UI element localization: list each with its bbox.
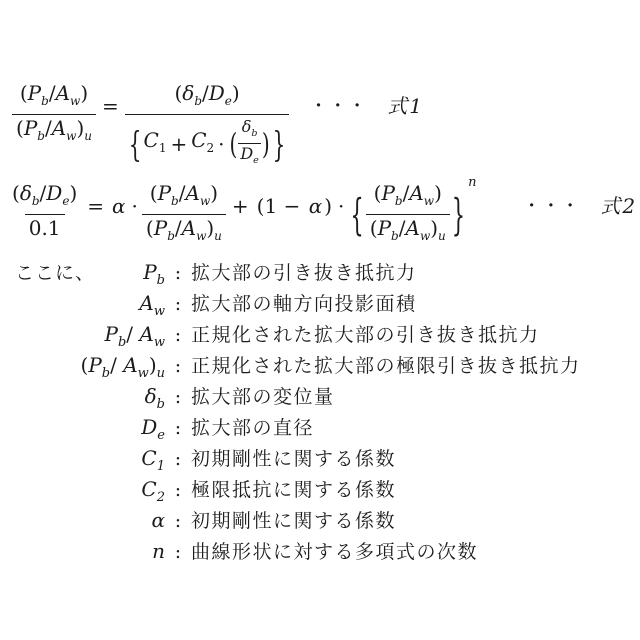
sub-b: b <box>37 129 45 143</box>
description: 拡大部の軸方向投影面積 <box>191 289 417 316</box>
rparen: ) <box>324 194 332 218</box>
colon: : <box>165 479 191 501</box>
denominator: (Pb/Aw)u <box>12 114 96 149</box>
var-A: A <box>185 181 199 205</box>
slash: / <box>110 353 117 377</box>
denominator: 0.1 <box>25 214 65 241</box>
inner-fraction: δb De <box>238 117 261 170</box>
symbol-Pb-over-Aw: Pb/ Aw <box>15 322 165 350</box>
equation-1: (Pb/Aw) (Pb/Aw)u = (δb/De) { C1 + C2 · (… <box>12 80 424 172</box>
plus-operator: + <box>166 131 191 157</box>
eq2-lhs-fraction: (δb/De) 0.1 <box>8 180 81 241</box>
sub-w: w <box>66 129 76 143</box>
slash: / <box>126 322 133 346</box>
sub-b: b <box>32 194 40 208</box>
const-0.1: 0.1 <box>29 216 61 240</box>
definition-row: α : 初期剛性に関する係数 <box>15 506 581 537</box>
var: P <box>143 260 156 284</box>
var-C1: C1 <box>144 127 167 161</box>
var-A: A <box>405 216 419 240</box>
var-C2: C2 <box>191 127 214 161</box>
eq2-mid-fraction: (Pb/Aw) (Pb/Aw)u <box>142 180 226 249</box>
sub-u: u <box>84 129 92 143</box>
var-alpha: α <box>307 194 325 218</box>
eq1-rhs-fraction: (δb/De) { C1 + C2 · ( δb De ) } <box>125 80 290 172</box>
lparen: ( <box>150 181 158 205</box>
var-D: D <box>240 144 253 163</box>
symbol-C2: C2 <box>15 477 165 505</box>
var: P <box>105 322 118 346</box>
sub-1: 1 <box>159 141 167 155</box>
sub: 2 <box>157 490 165 505</box>
var-A: A <box>52 116 66 140</box>
denominator: (Pb/Aw)u <box>142 214 226 249</box>
definition-row: Pb : 拡大部の引き抜き抵抗力 <box>15 258 581 289</box>
denominator: { C1 + C2 · ( δb De ) } <box>125 114 290 172</box>
colon: : <box>165 448 191 470</box>
var-C: C <box>144 128 159 152</box>
var: A <box>139 322 153 346</box>
symbol-De: De <box>15 415 165 443</box>
definition-row: n : 曲線形状に対する多項式の次数 <box>15 537 581 568</box>
rparen-tall: ) <box>262 125 270 163</box>
rparen: ) <box>434 181 442 205</box>
sub-b: b <box>194 94 202 108</box>
sub: e <box>157 428 165 443</box>
definition-row: δb : 拡大部の変位量 <box>15 382 581 413</box>
sub-w: w <box>70 94 80 108</box>
var-P: P <box>24 116 37 140</box>
var-delta: δ <box>182 81 194 105</box>
one-minus-alpha-group: (1 − α) <box>255 193 334 219</box>
denominator: (Pb/Aw)u <box>366 214 450 249</box>
symbol-n: n <box>15 539 165 563</box>
var: D <box>141 415 157 439</box>
var-alpha: α <box>110 193 128 219</box>
definition-row: C2 : 極限抵抗に関する係数 <box>15 475 581 506</box>
symbol-delta-b: δb <box>15 384 165 412</box>
symbol-Aw: Aw <box>15 291 165 319</box>
var-P: P <box>158 181 171 205</box>
var: A <box>139 291 153 315</box>
symbol-Pb-over-Aw-u: (Pb/ Aw)u <box>15 353 165 381</box>
var: n <box>152 539 165 563</box>
description: 初期剛性に関する係数 <box>191 444 396 471</box>
eq1-lhs-fraction: (Pb/Aw) (Pb/Aw)u <box>12 80 96 149</box>
colon: : <box>165 293 191 315</box>
definition-row: C1 : 初期剛性に関する係数 <box>15 444 581 475</box>
description: 拡大部の引き抜き抵抗力 <box>191 258 417 285</box>
numerator: (Pb/Aw) <box>16 80 92 114</box>
slash: / <box>202 81 209 105</box>
sub-u: u <box>438 229 446 243</box>
lparen-tall: ( <box>230 125 238 163</box>
denominator: De <box>238 143 261 170</box>
definition-row: (Pb/ Aw)u : 正規化された拡大部の極限引き抜き抵抗力 <box>15 351 581 382</box>
var-D: D <box>46 181 62 205</box>
var-delta: δ <box>20 181 32 205</box>
equals-sign: = <box>81 193 110 219</box>
right-brace: } <box>452 188 465 241</box>
var-delta: δ <box>242 117 252 136</box>
ellipsis-dots: ··· <box>315 93 373 119</box>
definition-row: Aw : 拡大部の軸方向投影面積 <box>15 289 581 320</box>
sub-e: e <box>253 155 259 166</box>
colon: : <box>165 417 191 439</box>
sub-2: 2 <box>207 141 215 155</box>
ellipsis-dots: ··· <box>529 193 587 219</box>
var: C <box>141 446 156 470</box>
sub-e: e <box>225 94 232 108</box>
cdot-operator: · <box>214 131 228 157</box>
colon: : <box>165 355 191 377</box>
numerator: (Pb/Aw) <box>146 180 222 214</box>
lparen: ( <box>12 181 20 205</box>
description: 拡大部の直径 <box>191 413 314 440</box>
eq2-rhs-fraction: (Pb/Aw) (Pb/Aw)u <box>366 180 450 249</box>
left-brace: { <box>129 121 142 167</box>
var-P: P <box>381 181 394 205</box>
var-A: A <box>182 216 196 240</box>
sub-b: b <box>251 128 257 139</box>
description: 拡大部の変位量 <box>191 382 335 409</box>
equation-1-label: 式1 <box>387 93 424 119</box>
slash: / <box>49 81 56 105</box>
var-P: P <box>378 216 391 240</box>
var: P <box>88 353 101 377</box>
sub-w: w <box>196 229 206 243</box>
lparen: ( <box>370 216 378 240</box>
numerator: (δb/De) <box>8 180 81 214</box>
cdot-operator: · <box>334 193 348 219</box>
sub-u: u <box>214 229 222 243</box>
var-C: C <box>191 128 206 152</box>
const-1: 1 <box>264 194 277 218</box>
equation-2: (δb/De) 0.1 = α · (Pb/Aw) (Pb/Aw)u + (1 … <box>8 180 637 249</box>
sub-b: b <box>41 94 49 108</box>
sub-w: w <box>200 194 210 208</box>
colon: : <box>165 262 191 284</box>
var: C <box>141 477 156 501</box>
var-P: P <box>154 216 167 240</box>
description: 曲線形状に対する多項式の次数 <box>191 537 478 564</box>
sub: u <box>157 366 165 381</box>
sub: w <box>154 304 165 319</box>
description: 正規化された拡大部の極限引き抜き抵抗力 <box>191 351 581 378</box>
lparen: ( <box>146 216 154 240</box>
var: δ <box>145 384 157 408</box>
rparen: ) <box>232 81 240 105</box>
slash: / <box>175 216 182 240</box>
sub-b: b <box>395 194 403 208</box>
sub: w <box>154 335 165 350</box>
sub: 1 <box>157 459 165 474</box>
symbol-alpha: α <box>15 508 165 532</box>
description: 正規化された拡大部の引き抜き抵抗力 <box>191 320 540 347</box>
numerator: (Pb/Aw) <box>370 180 446 214</box>
numerator: (δb/De) <box>170 80 243 114</box>
slash: / <box>45 116 52 140</box>
description: 極限抵抗に関する係数 <box>191 475 396 502</box>
sub: b <box>102 366 110 381</box>
sub: b <box>157 397 165 412</box>
colon: : <box>165 541 191 563</box>
right-brace: } <box>273 121 286 167</box>
rparen: ) <box>206 216 214 240</box>
symbol-C1: C1 <box>15 446 165 474</box>
colon: : <box>165 386 191 408</box>
var-A: A <box>56 81 70 105</box>
sub-b: b <box>171 194 179 208</box>
minus-operator: − <box>284 194 301 218</box>
var-A: A <box>409 181 423 205</box>
description: 初期剛性に関する係数 <box>191 506 396 533</box>
numerator: δb <box>240 117 260 143</box>
rparen: ) <box>80 81 88 105</box>
superscript-n: n <box>468 176 476 190</box>
document-page: (Pb/Aw) (Pb/Aw)u = (δb/De) { C1 + C2 · (… <box>0 0 640 640</box>
equals-sign: = <box>96 93 125 119</box>
equation-2-label: 式2 <box>600 193 637 219</box>
braced-power-group: { (Pb/Aw) (Pb/Aw)u } n <box>348 180 476 249</box>
rparen: ) <box>149 353 157 377</box>
definition-row: De : 拡大部の直径 <box>15 413 581 444</box>
sub-w: w <box>420 229 430 243</box>
lparen: ( <box>20 81 28 105</box>
sub: w <box>138 366 149 381</box>
lparen: ( <box>16 116 24 140</box>
definitions-intro: ここに、 <box>15 258 95 289</box>
rparen: ) <box>69 181 77 205</box>
colon: : <box>165 324 191 346</box>
plus-operator: + <box>226 193 255 219</box>
sub-b: b <box>391 229 399 243</box>
var-P: P <box>28 81 41 105</box>
definitions-section: ここに、 Pb : 拡大部の引き抜き抵抗力 Aw : 拡大部の軸方向投影面積 P… <box>15 258 581 568</box>
rparen: ) <box>430 216 438 240</box>
var: α <box>151 508 165 532</box>
definition-row: Pb/ Aw : 正規化された拡大部の引き抜き抵抗力 <box>15 320 581 351</box>
var-D: D <box>209 81 225 105</box>
rparen: ) <box>210 181 218 205</box>
cdot-operator: · <box>128 193 142 219</box>
left-brace: { <box>350 188 363 241</box>
var: A <box>123 353 137 377</box>
sub-w: w <box>424 194 434 208</box>
sub: b <box>157 273 165 288</box>
colon: : <box>165 510 191 532</box>
sub-b: b <box>167 229 175 243</box>
